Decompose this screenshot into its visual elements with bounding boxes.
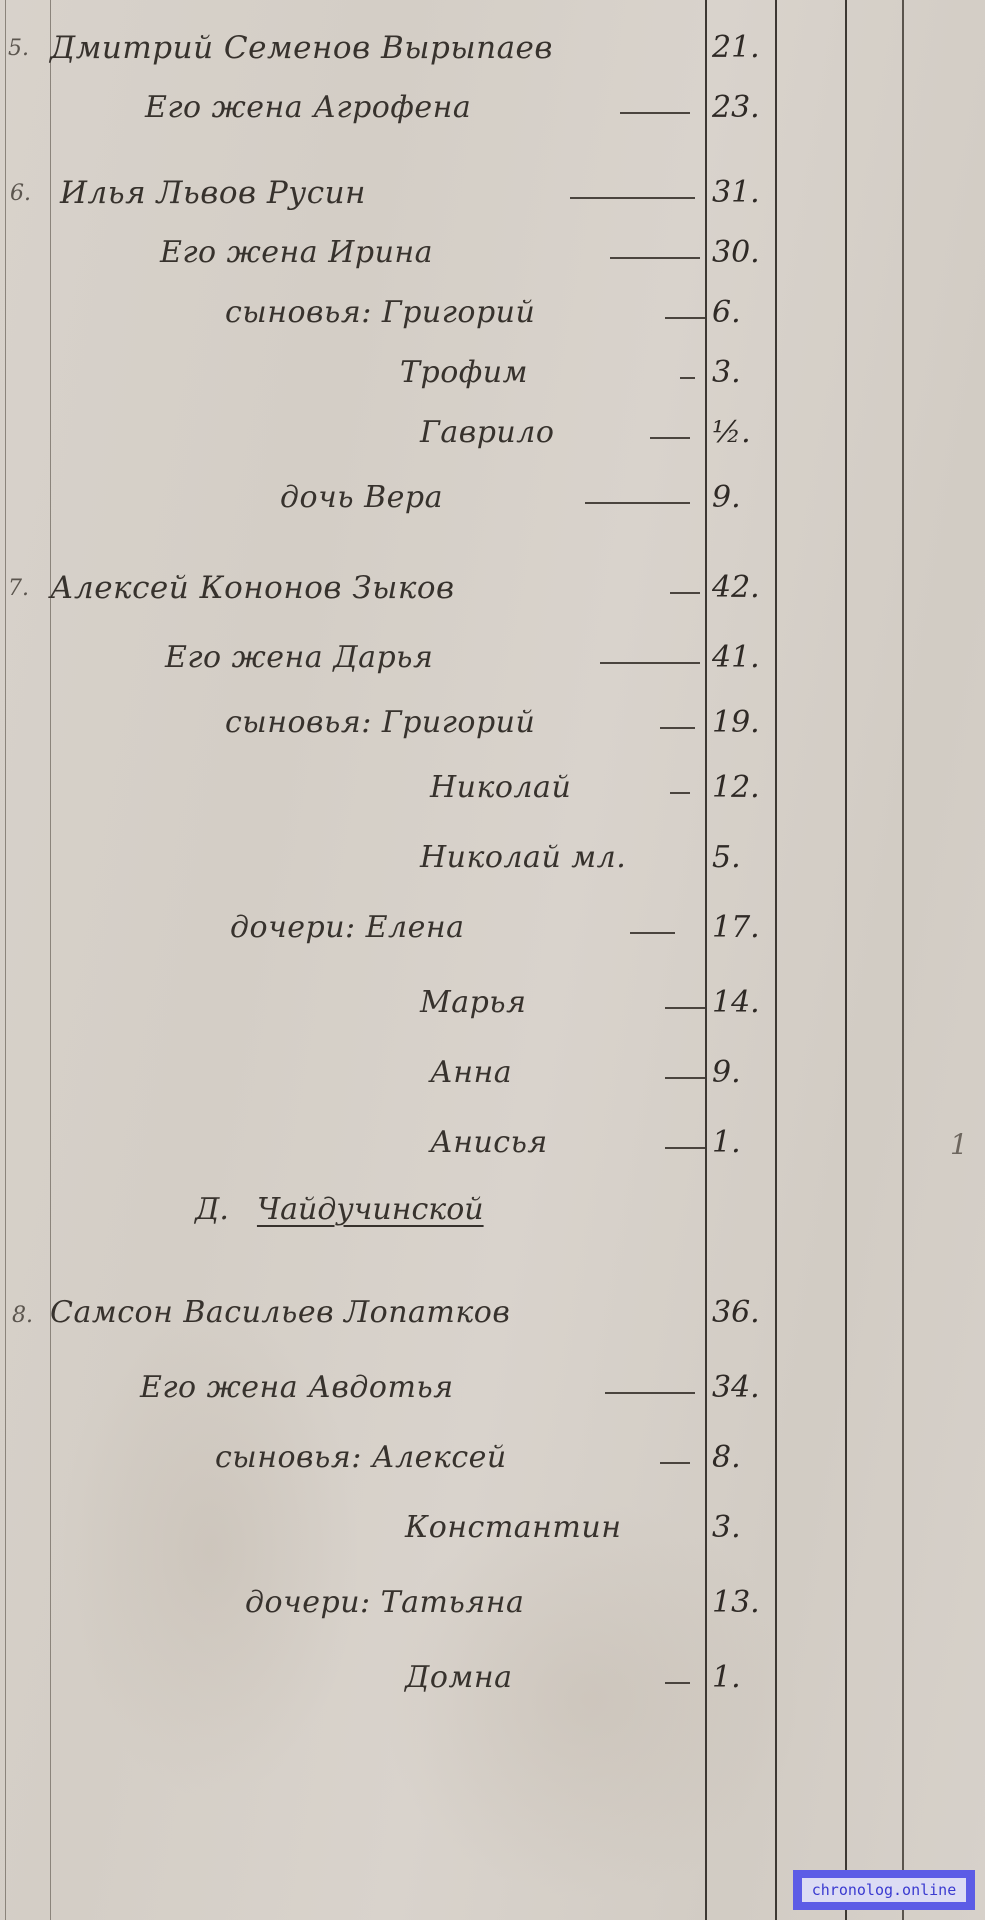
- number-column-line: [50, 0, 51, 1920]
- register-entry: Его жена Агрофена 23.: [0, 90, 985, 130]
- entry-age: 9.: [712, 1055, 772, 1090]
- section-heading: Д.Чайдучинской: [195, 1192, 484, 1227]
- register-entry: сыновья: Григорий 6.: [0, 295, 985, 335]
- section-prefix: Д.: [195, 1192, 229, 1227]
- entry-age: 13.: [712, 1585, 772, 1620]
- entry-age: 14.: [712, 985, 772, 1020]
- entry-age: ½.: [712, 415, 772, 450]
- register-entry: Его жена Авдотья 34.: [0, 1370, 985, 1410]
- paper-stain: [380, 1500, 800, 1900]
- margin-note: 1: [950, 1128, 968, 1161]
- entry-number: 6.: [10, 181, 31, 206]
- entry-name: дочь Вера: [280, 480, 443, 515]
- column-line-3: [845, 0, 847, 1920]
- entry-name: Илья Львов Русин: [60, 175, 366, 211]
- entry-age: 9.: [712, 480, 772, 515]
- entry-age: 6.: [712, 295, 772, 330]
- entry-age: 12.: [712, 770, 772, 805]
- entry-age: 3.: [712, 355, 772, 390]
- watermark-text: chronolog.online: [802, 1878, 967, 1902]
- leader-dash: [630, 932, 675, 934]
- register-entry: Николай 12.: [0, 770, 985, 810]
- leader-dash: [585, 502, 690, 504]
- register-entry: 6. Илья Львов Русин 31.: [0, 175, 985, 215]
- register-entry: 7. Алексей Кононов Зыков 42.: [0, 570, 985, 610]
- register-entry: дочери: Татьяна 13.: [0, 1585, 985, 1625]
- leader-dash: [600, 662, 700, 664]
- leader-dash: [610, 257, 700, 259]
- register-entry: Его жена Ирина 30.: [0, 235, 985, 275]
- entry-age: 34.: [712, 1370, 772, 1405]
- entry-name: Его жена Дарья: [165, 640, 433, 675]
- register-entry: Гаврило ½.: [0, 415, 985, 455]
- register-entry: 5. Дмитрий Семенов Вырыпаев 21.: [0, 30, 985, 70]
- register-entry: Марья 14.: [0, 985, 985, 1025]
- leader-dash: [665, 1077, 705, 1079]
- entry-number: 5.: [8, 36, 29, 61]
- leader-dash: [650, 437, 690, 439]
- entry-name: Гаврило: [420, 415, 554, 450]
- register-entry: Анна 9.: [0, 1055, 985, 1095]
- entry-name: Дмитрий Семенов Вырыпаев: [50, 30, 553, 66]
- entry-age: 36.: [712, 1295, 772, 1330]
- register-entry: Его жена Дарья 41.: [0, 640, 985, 680]
- leader-dash: [660, 1462, 690, 1464]
- register-entry: Константин 3.: [0, 1510, 985, 1550]
- entry-name: Анна: [430, 1055, 512, 1090]
- watermark-badge: chronolog.online: [793, 1870, 975, 1910]
- register-entry: Домна 1.: [0, 1660, 985, 1700]
- entry-name: сыновья: Григорий: [225, 705, 535, 740]
- entry-name: Константин: [405, 1510, 621, 1545]
- entry-age: 31.: [712, 175, 772, 210]
- entry-name: дочери: Елена: [230, 910, 465, 945]
- entry-name: Трофим: [400, 355, 528, 390]
- register-entry: сыновья: Григорий 19.: [0, 705, 985, 745]
- entry-age: 21.: [712, 30, 772, 65]
- column-line-2: [775, 0, 777, 1920]
- age-column-line: [705, 0, 707, 1920]
- entry-age: 5.: [712, 840, 772, 875]
- register-entry: Трофим 3.: [0, 355, 985, 395]
- register-entry: сыновья: Алексей 8.: [0, 1440, 985, 1480]
- entry-name: Анисья: [430, 1125, 548, 1160]
- entry-number: 7.: [8, 576, 29, 601]
- entry-name: дочери: Татьяна: [245, 1585, 524, 1620]
- entry-name: Николай мл.: [420, 840, 626, 875]
- leader-dash: [620, 112, 690, 114]
- column-line-4: [902, 0, 904, 1920]
- entry-name: Марья: [420, 985, 527, 1020]
- leader-dash: [670, 792, 690, 794]
- leader-dash: [665, 1147, 705, 1149]
- section-title: Чайдучинской: [257, 1192, 484, 1227]
- entry-name: сыновья: Григорий: [225, 295, 535, 330]
- entry-name: Домна: [405, 1660, 512, 1695]
- margin-line: [5, 0, 6, 1920]
- entry-name: Его жена Агрофена: [145, 90, 471, 125]
- leader-dash: [660, 727, 695, 729]
- leader-dash: [605, 1392, 695, 1394]
- entry-age: 42.: [712, 570, 772, 605]
- leader-dash: [665, 1682, 690, 1684]
- register-entry: Николай мл. 5.: [0, 840, 985, 880]
- entry-age: 19.: [712, 705, 772, 740]
- leader-dash: [670, 592, 700, 594]
- entry-name: Николай: [430, 770, 571, 805]
- document-page: 5. Дмитрий Семенов Вырыпаев 21. Его жена…: [0, 0, 985, 1920]
- entry-age: 41.: [712, 640, 772, 675]
- entry-age: 8.: [712, 1440, 772, 1475]
- entry-age: 17.: [712, 910, 772, 945]
- register-entry: дочери: Елена 17.: [0, 910, 985, 950]
- register-entry: Анисья 1.: [0, 1125, 985, 1165]
- register-entry: дочь Вера 9.: [0, 480, 985, 520]
- leader-dash: [570, 197, 695, 199]
- entry-name: Его жена Авдотья: [140, 1370, 454, 1405]
- entry-age: 1.: [712, 1660, 772, 1695]
- leader-dash: [680, 377, 695, 379]
- entry-age: 3.: [712, 1510, 772, 1545]
- entry-name: Его жена Ирина: [160, 235, 433, 270]
- entry-number: 8.: [12, 1303, 33, 1328]
- leader-dash: [665, 1007, 705, 1009]
- entry-name: Самсон Васильев Лопатков: [50, 1295, 510, 1330]
- entry-name: сыновья: Алексей: [215, 1440, 507, 1475]
- leader-dash: [665, 317, 705, 319]
- entry-age: 23.: [712, 90, 772, 125]
- entry-age: 1.: [712, 1125, 772, 1160]
- entry-age: 30.: [712, 235, 772, 270]
- register-entry: 8. Самсон Васильев Лопатков 36.: [0, 1295, 985, 1335]
- entry-name: Алексей Кононов Зыков: [50, 570, 455, 606]
